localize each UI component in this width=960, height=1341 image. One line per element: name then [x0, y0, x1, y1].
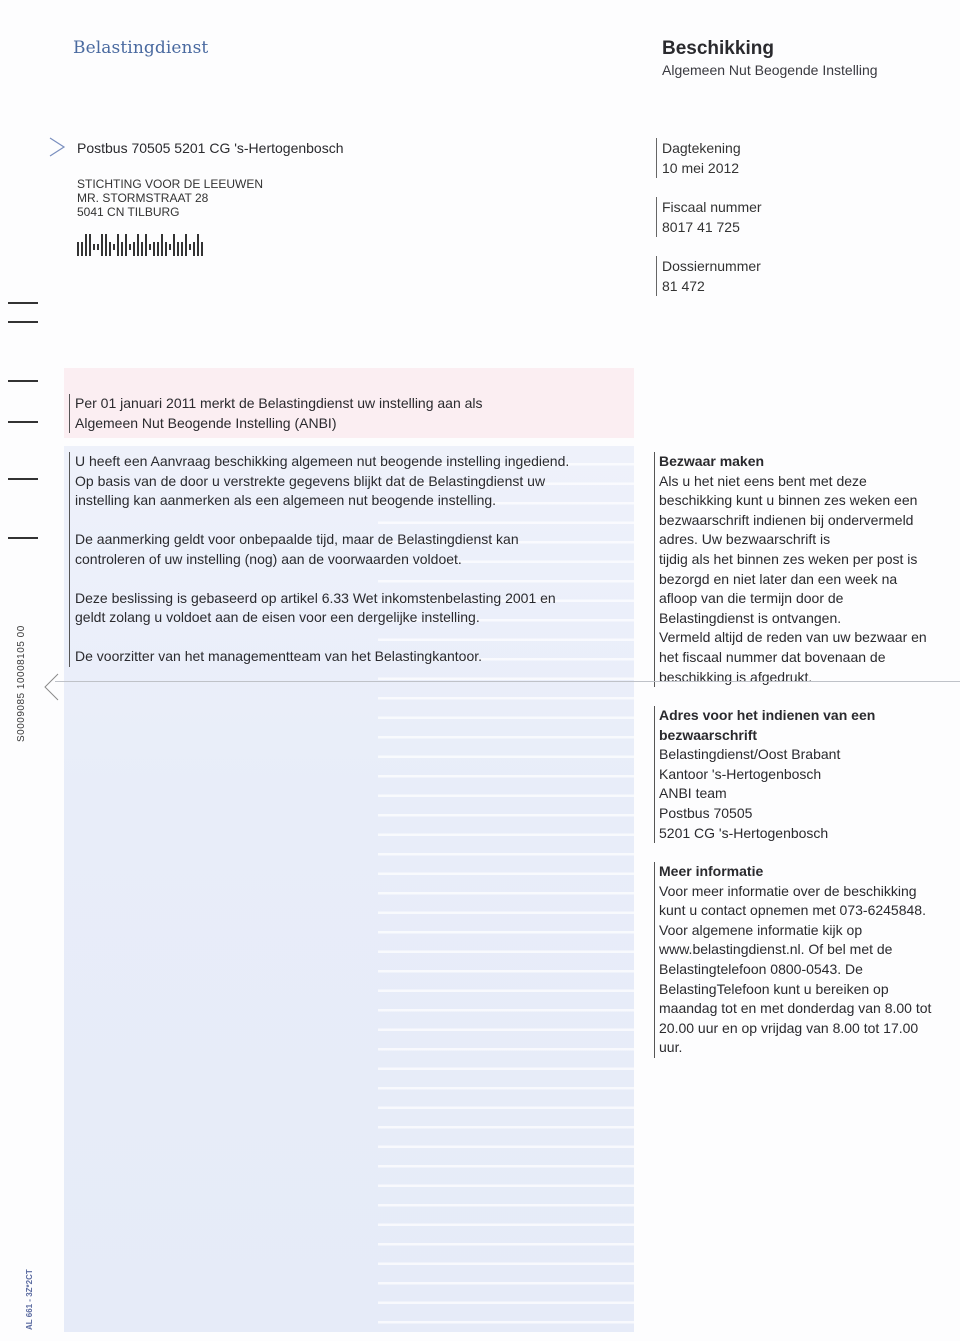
objection-section: Bezwaar maken Als u het niet eens bent m…	[654, 452, 954, 687]
form-code: AL 661 - 3Z*2CT	[25, 1269, 34, 1330]
meta-date: Dagtekening 10 mei 2012	[656, 138, 741, 178]
barcode-bar	[157, 242, 159, 256]
barcode-bar	[77, 242, 79, 256]
barcode-bar	[141, 242, 143, 256]
info-line: www.belastingdienst.nl. Of bel met de	[659, 940, 954, 960]
decision-line: Per 01 januari 2011 merkt de Belastingdi…	[75, 394, 615, 414]
barcode-bar	[169, 244, 171, 250]
address-line: 5201 CG 's-Hertogenbosch	[659, 824, 954, 844]
document-title: Beschikking	[662, 38, 774, 60]
decision-statement: Per 01 januari 2011 merkt de Belastingdi…	[69, 394, 615, 433]
info-line: Voor algemene informatie kijk op	[659, 921, 954, 941]
barcode-bar	[85, 234, 87, 256]
address-line: Belastingdienst/Oost Brabant	[659, 745, 954, 765]
barcode-bar	[137, 234, 139, 256]
decision-line: Algemeen Nut Beogende Instelling (ANBI)	[75, 414, 615, 434]
margin-mark	[8, 537, 38, 539]
address-line: ANBI team	[659, 784, 954, 804]
objection-line: beschikking is afgedrukt.	[659, 668, 954, 688]
objection-line: Belastingdienst is ontvangen.	[659, 609, 954, 629]
info-line: Belastingtelefoon 0800-0543. De	[659, 960, 954, 980]
barcode-bar	[109, 242, 111, 256]
meta-value: 81 472	[662, 276, 761, 296]
body-line: instelling kan aanmerken als een algemee…	[75, 491, 620, 511]
meta-value: 10 mei 2012	[662, 158, 741, 178]
barcode-bar	[161, 234, 163, 256]
objection-line: bezorgd en niet later dan een week na	[659, 570, 954, 590]
body-line: De voorzitter van het managementteam van…	[75, 647, 620, 667]
document-subtitle: Algemeen Nut Beogende Instelling	[662, 62, 878, 78]
body-paragraph: De aanmerking geldt voor onbepaalde tijd…	[75, 530, 620, 569]
meta-label: Dossiernummer	[662, 256, 761, 276]
chevron-left-icon	[42, 672, 60, 702]
recipient-line: 5041 CN TILBURG	[77, 205, 263, 219]
objection-heading: Bezwaar maken	[659, 452, 954, 472]
barcode-bar	[201, 242, 203, 256]
barcode-bar	[153, 242, 155, 256]
barcode-bar	[125, 234, 127, 256]
barcode-bar	[185, 234, 187, 256]
body-paragraph: Deze beslissing is gebaseerd op artikel …	[75, 589, 620, 628]
margin-mark	[8, 321, 38, 323]
body-line: U heeft een Aanvraag beschikking algemee…	[75, 452, 620, 472]
barcode-bar	[101, 234, 103, 256]
barcode-bar	[193, 242, 195, 256]
objection-line: adres. Uw bezwaarschrift is	[659, 530, 954, 550]
address-line: Postbus 70505	[659, 804, 954, 824]
barcode-bar	[189, 244, 191, 250]
barcode-bar	[129, 244, 131, 250]
signature-line: De voorzitter van het managementteam van…	[75, 647, 620, 667]
postal-barcode	[77, 232, 203, 256]
barcode-bar	[173, 234, 175, 256]
more-info-section: Meer informatie Voor meer informatie ove…	[654, 862, 954, 1058]
letter-body: U heeft een Aanvraag beschikking algemee…	[69, 452, 620, 667]
recipient-line: MR. STORMSTRAAT 28	[77, 191, 263, 205]
recipient-address: STICHTING VOOR DE LEEUWEN MR. STORMSTRAA…	[77, 177, 263, 219]
objection-line: tijdig als het binnen zes weken per post…	[659, 550, 954, 570]
meta-label: Dagtekening	[662, 138, 741, 158]
address-line: Kantoor 's-Hertogenbosch	[659, 765, 954, 785]
body-line: geldt zolang u voldoet aan de eisen voor…	[75, 608, 620, 628]
body-line: Op basis van de door u verstrekte gegeve…	[75, 472, 620, 492]
return-address: Postbus 70505 5201 CG 's-Hertogenbosch	[77, 140, 344, 156]
objection-address-section: Adres voor het indienen van een bezwaars…	[654, 706, 954, 843]
recipient-line: STICHTING VOOR DE LEEUWEN	[77, 177, 263, 191]
objection-line: het fiscaal nummer dat bovenaan de	[659, 648, 954, 668]
body-line: De aanmerking geldt voor onbepaalde tijd…	[75, 530, 620, 550]
objection-line: afloop van die termijn door de	[659, 589, 954, 609]
info-line: Voor meer informatie over de beschikking	[659, 882, 954, 902]
barcode-bar	[177, 242, 179, 256]
info-line: uur.	[659, 1038, 954, 1058]
margin-mark	[8, 302, 38, 304]
info-heading: Meer informatie	[659, 862, 954, 882]
barcode-bar	[93, 244, 95, 250]
chevron-right-icon	[48, 136, 66, 158]
margin-mark	[8, 421, 38, 423]
info-line: BelastingTelefoon kunt u bereiken op	[659, 980, 954, 1000]
barcode-bar	[133, 242, 135, 256]
barcode-bar	[165, 242, 167, 256]
belastingdienst-logo: Belastingdienst	[73, 38, 208, 58]
barcode-bar	[105, 234, 107, 256]
meta-label: Fiscaal nummer	[662, 197, 762, 217]
barcode-bar	[113, 244, 115, 250]
objection-line: Als u het niet eens bent met deze	[659, 472, 954, 492]
barcode-bar	[89, 234, 91, 256]
barcode-bar	[149, 244, 151, 250]
fold-line	[55, 681, 960, 682]
margin-mark	[8, 380, 38, 382]
body-line: Deze beslissing is gebaseerd op artikel …	[75, 589, 620, 609]
objection-line: bezwaarschrift indienen bij ondervermeld	[659, 511, 954, 531]
objection-line: Vermeld altijd de reden van uw bezwaar e…	[659, 628, 954, 648]
barcode-bar	[97, 244, 99, 250]
objection-line: beschikking kunt u binnen zes weken een	[659, 491, 954, 511]
barcode-bar	[197, 234, 199, 256]
address-heading: bezwaarschrift	[659, 726, 954, 746]
document-reference-code: S0009085 10008105 00	[16, 625, 27, 742]
body-paragraph: U heeft een Aanvraag beschikking algemee…	[75, 452, 620, 511]
barcode-bar	[181, 242, 183, 256]
info-line: 20.00 uur en op vrijdag van 8.00 tot 17.…	[659, 1019, 954, 1039]
margin-mark	[8, 478, 38, 480]
barcode-bar	[145, 234, 147, 256]
meta-value: 8017 41 725	[662, 217, 762, 237]
body-line: controleren of uw instelling (nog) aan d…	[75, 550, 620, 570]
info-line: kunt u contact opnemen met 073-6245848.	[659, 901, 954, 921]
info-line: maandag tot en met donderdag van 8.00 to…	[659, 999, 954, 1019]
barcode-bar	[121, 242, 123, 256]
address-heading: Adres voor het indienen van een	[659, 706, 954, 726]
barcode-bar	[117, 234, 119, 256]
barcode-bar	[81, 242, 83, 256]
meta-dossier-number: Dossiernummer 81 472	[656, 256, 761, 296]
meta-fiscal-number: Fiscaal nummer 8017 41 725	[656, 197, 762, 237]
